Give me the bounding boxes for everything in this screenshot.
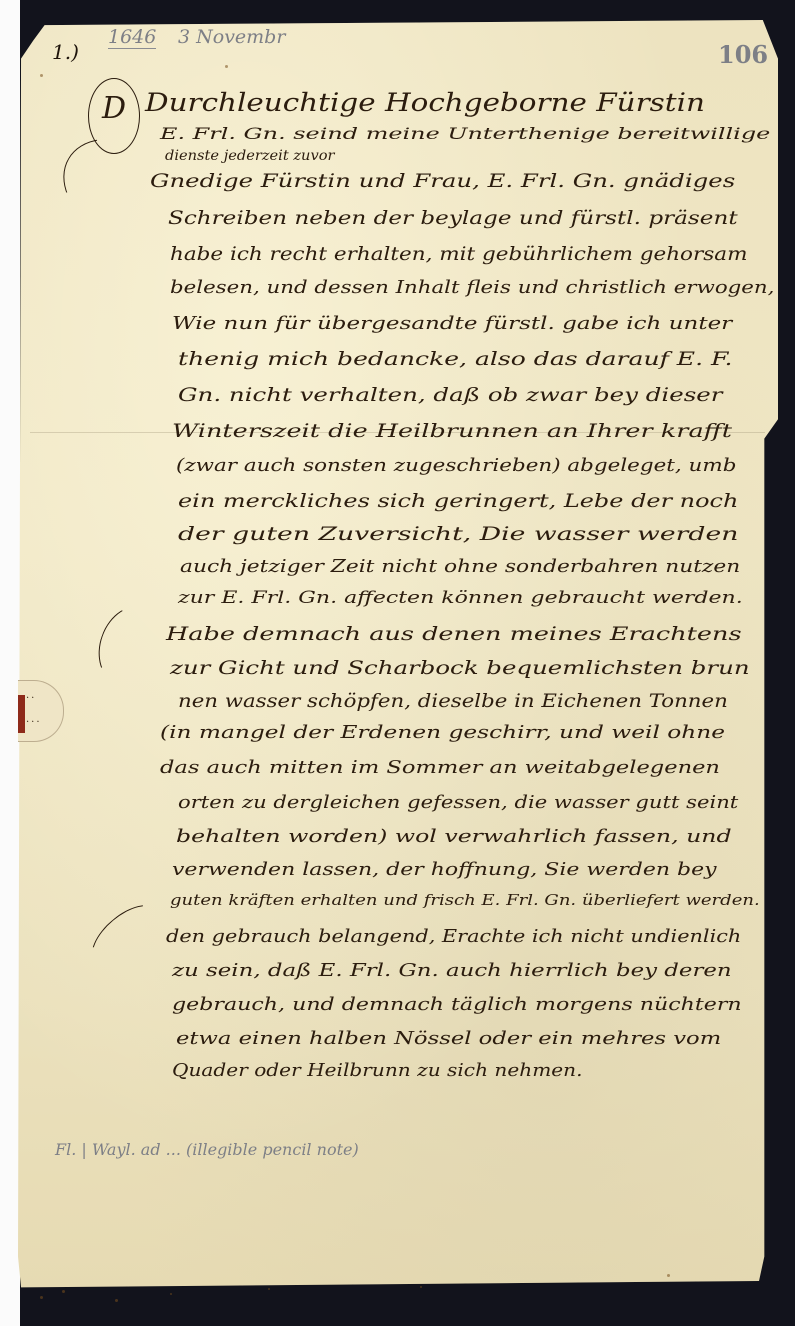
foxing-spot	[62, 1290, 65, 1293]
text-line-8: Wie nun für übergesandte fürstl. gabe ic…	[172, 313, 732, 334]
text-line-6: habe ich recht erhalten, mit gebührliche…	[170, 243, 747, 265]
foxing-spot	[420, 1286, 422, 1288]
text-line-24: verwenden lassen, der hoffnung, Sie werd…	[172, 859, 717, 880]
text-line-20: (in mangel der Erdenen geschirr, und wei…	[160, 722, 725, 743]
text-line-28: gebrauch, und demnach täglich morgens nü…	[172, 994, 742, 1015]
foxing-spot	[170, 1293, 172, 1295]
foxing-spot	[40, 74, 43, 77]
text-line-5: Schreiben neben der beylage und fürstl. …	[168, 207, 738, 229]
text-line-13: ein merckliches sich geringert, Lebe der…	[178, 490, 738, 512]
text-line-23: behalten worden) wol verwahrlich fassen,…	[176, 826, 732, 847]
text-line-3: dienste jederzeit zuvor	[165, 148, 334, 164]
date-day-month-note: 3 Novembr	[178, 26, 285, 48]
text-line-7: belesen, und dessen Inhalt fleis und chr…	[170, 277, 774, 298]
foxing-spot	[225, 65, 228, 68]
text-line-17: Habe demnach aus denen meines Erachtens	[166, 623, 742, 645]
text-line-4: Gnedige Fürstin und Frau, E. Frl. Gn. gn…	[150, 170, 735, 192]
archival-pencil-note: Fl. | Wayl. ad ... (illegible pencil not…	[55, 1140, 359, 1159]
text-line-30: Quader oder Heilbrunn zu sich nehmen.	[172, 1060, 583, 1081]
text-line-18: zur Gicht und Scharbock bequemlichsten b…	[170, 657, 750, 679]
foxing-spot	[115, 1299, 118, 1302]
text-line-16: zur E. Frl. Gn. affecten können gebrauch…	[178, 588, 743, 608]
date-year-note: 1646	[108, 26, 156, 49]
text-line-9: thenig mich bedancke, also das darauf E.…	[178, 348, 732, 370]
seal-fragment-text-2: ...	[26, 714, 42, 725]
text-line-29: etwa einen halben Nössel oder ein mehres…	[176, 1028, 721, 1049]
text-line-10: Gn. nicht verhalten, daß ob zwar bey die…	[178, 384, 722, 406]
text-line-2: E. Frl. Gn. seind meine Unterthenige ber…	[160, 124, 770, 143]
text-line-25: guten kräften erhalten und frisch E. Frl…	[170, 891, 760, 909]
text-line-21: das auch mitten im Sommer an weitabgeleg…	[160, 757, 720, 778]
text-line-26: den gebrauch belangend, Erachte ich nich…	[166, 926, 741, 947]
text-line-12: (zwar auch sonsten zugeschrieben) abgele…	[176, 455, 736, 476]
foxing-spot	[40, 1296, 43, 1299]
seal-fragment-text-1: ..	[26, 690, 36, 701]
text-line-19: nen wasser schöpfen, dieselbe in Eichene…	[178, 690, 728, 712]
foxing-spot	[667, 1274, 670, 1277]
item-number: 1.)	[52, 40, 79, 64]
text-line-11: Winterszeit die Heilbrunnen an Ihrer kra…	[172, 420, 732, 442]
text-line-27: zu sein, daß E. Frl. Gn. auch hierrlich …	[172, 960, 732, 981]
red-wax-seal-icon	[18, 695, 25, 733]
foxing-spot	[268, 1288, 270, 1290]
text-line-15: auch jetziger Zeit nicht ohne sonderbahr…	[180, 556, 740, 577]
text-line-14: der guten Zuversicht, Die wasser werden	[178, 523, 738, 545]
scan-margin	[0, 0, 20, 1326]
text-line-22: orten zu dergleichen gefessen, die wasse…	[178, 792, 738, 813]
text-line-1: Durchleuchtige Hochgeborne Fürstin	[145, 88, 705, 117]
folio-number: 106	[718, 40, 768, 69]
